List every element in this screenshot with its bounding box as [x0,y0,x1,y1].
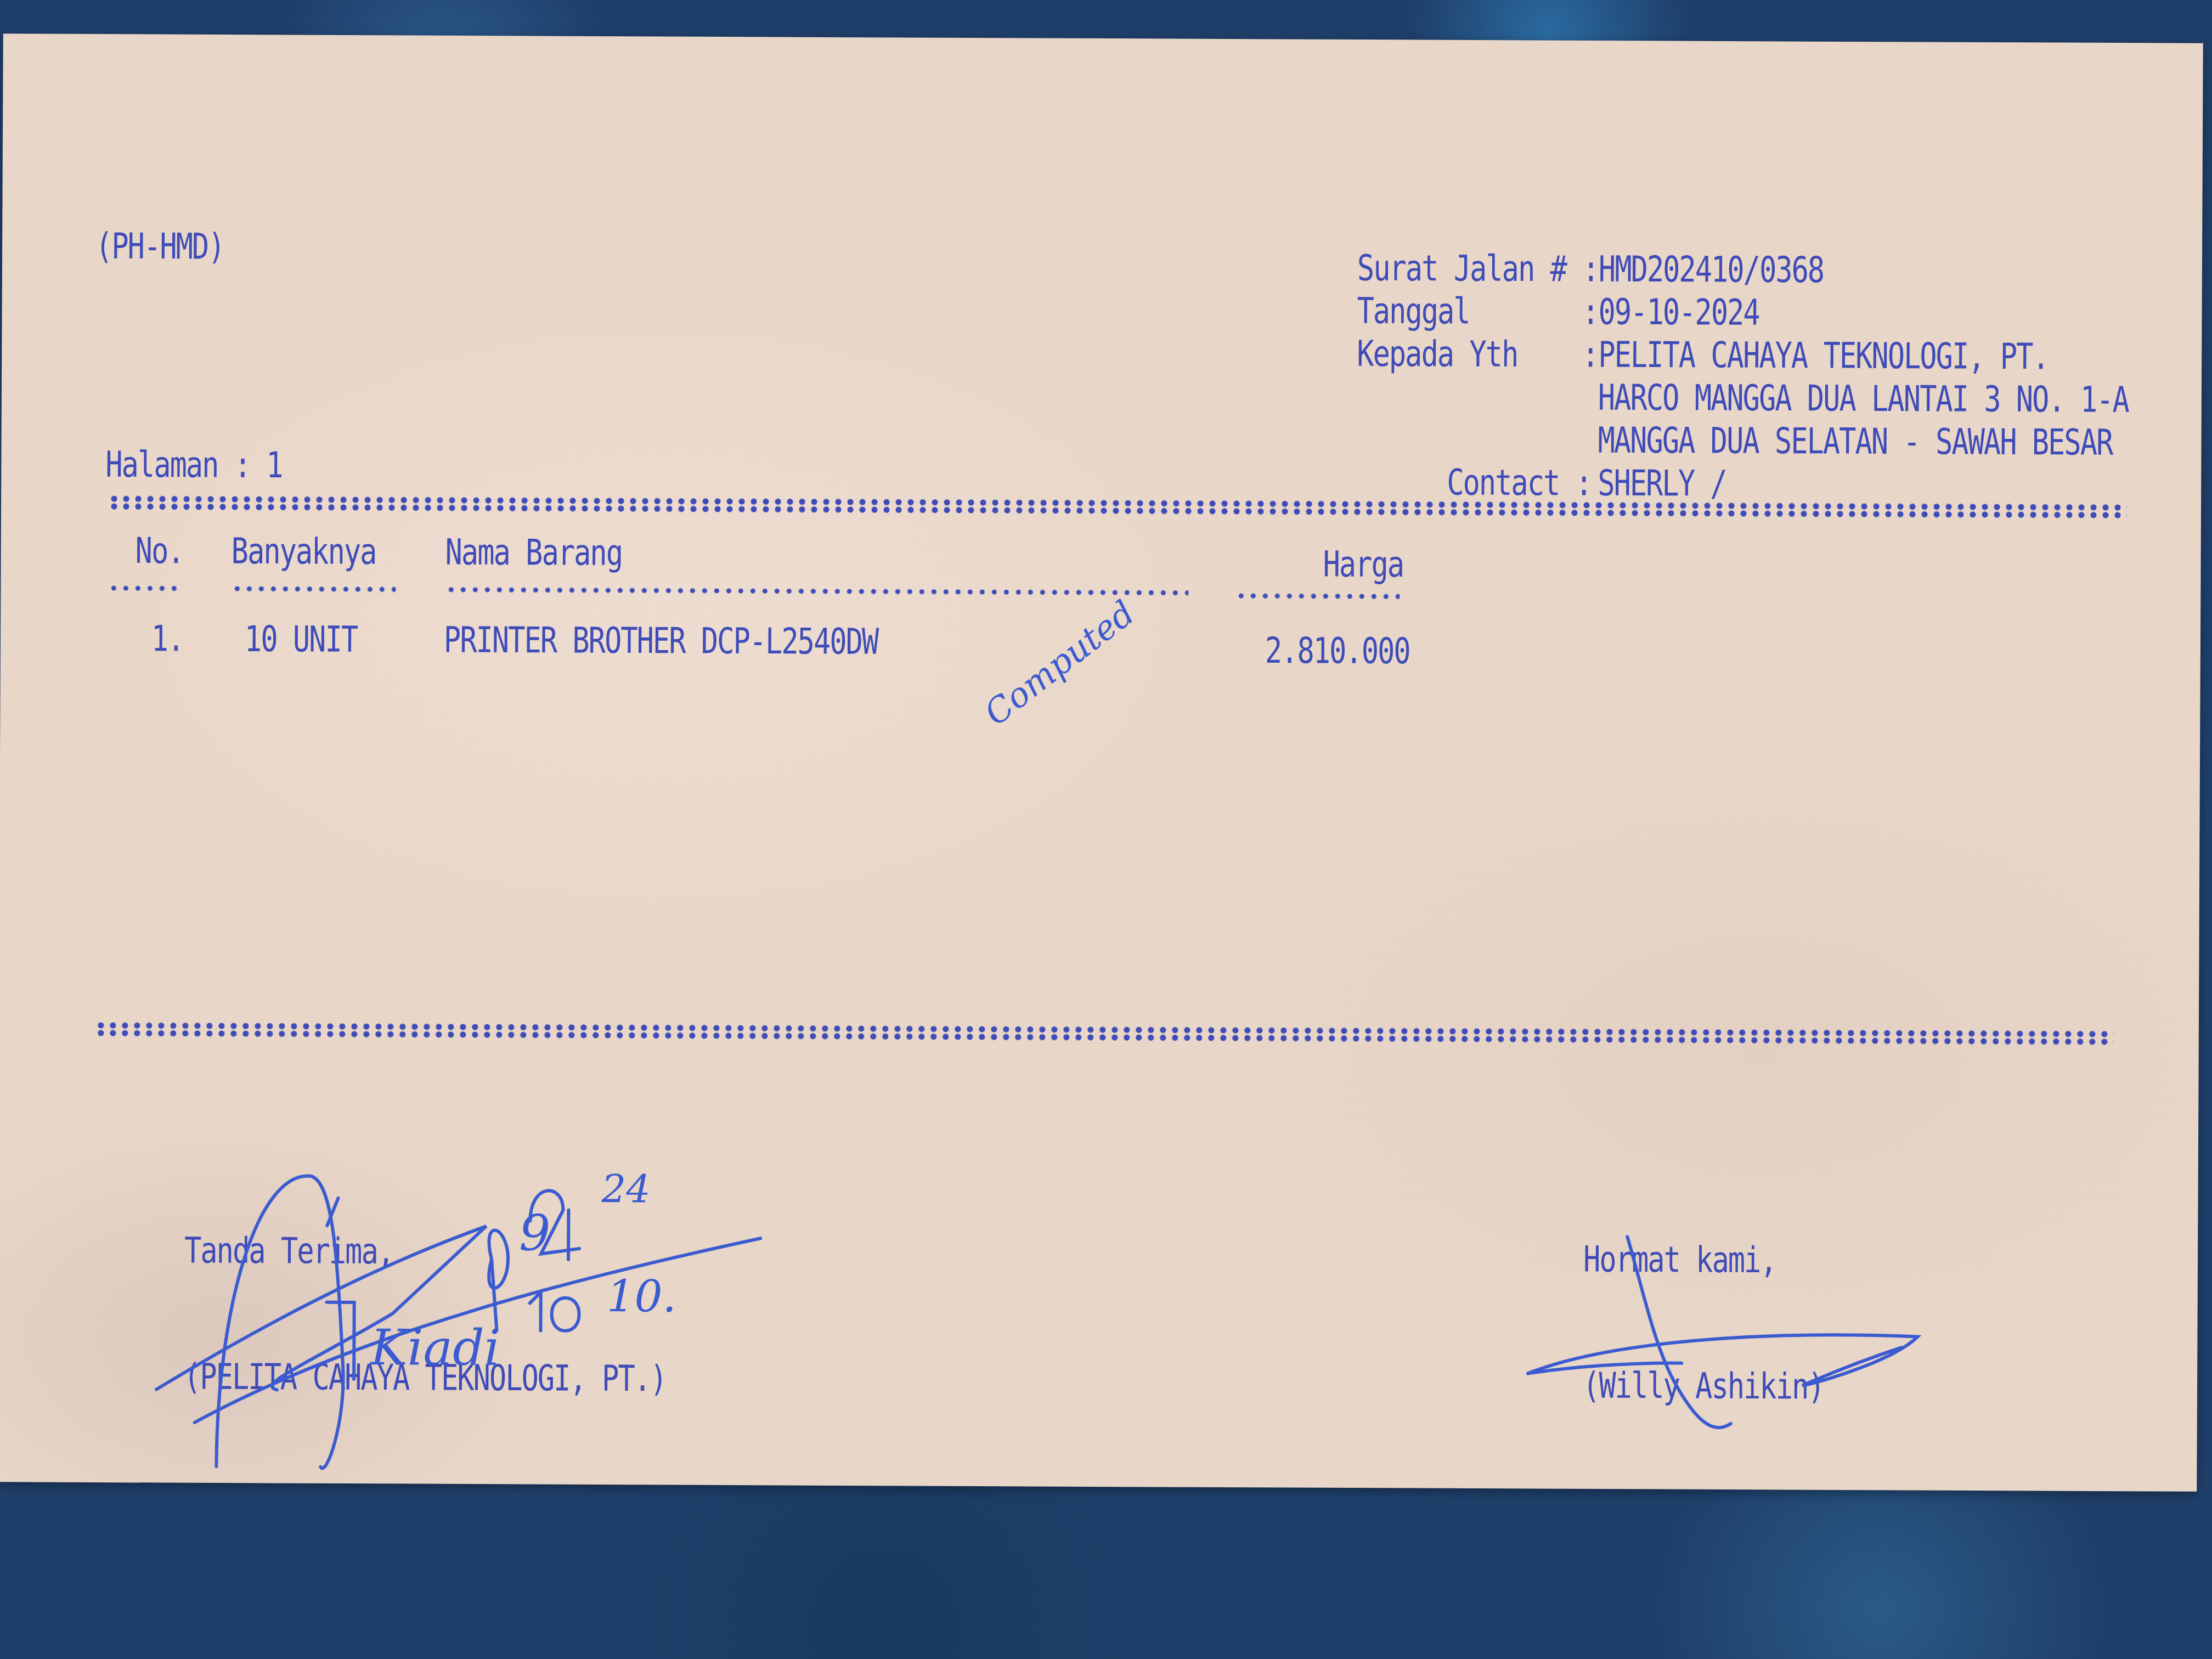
kepada-label: Kepada Yth : [1357,334,1598,376]
branch-code: (PH-HMD) [95,226,224,268]
surat-jalan-number: HMD202410/0368 [1599,249,1824,291]
recipient-address-1: HARCO MANGGA DUA LANTAI 3 NO. 1-A [1598,377,2129,421]
column-header-nama-barang: Nama Barang [445,532,622,574]
sender-signature-icon [1500,1225,1940,1446]
underline-no [108,585,182,591]
double-dashed-separator-top [108,495,2127,519]
handwritten-date-month: 10. [607,1271,677,1322]
page-number: Halaman : 1 [105,444,283,486]
row-price: 2.810.000 [1265,630,1410,672]
column-header-banyaknya: Banyaknya [231,531,376,573]
recipient-address-2: MANGGA DUA SELATAN - SAWAH BESAR [1598,420,2112,464]
delivery-note-paper: (PH-HMD) Surat Jalan # : HMD202410/0368 … [0,33,2203,1491]
handwritten-date-day: 9 [519,1204,551,1262]
tanggal-value: 09-10-2024 [1598,292,1759,334]
handwritten-note: Computed [977,592,1142,733]
double-dashed-separator-bottom [95,1022,2114,1046]
column-header-harga: Harga [1323,544,1403,586]
contact-value: SHERLY / [1598,463,1726,505]
column-header-no: No. [136,531,184,572]
receiver-handwritten-name: Kiadi [370,1319,500,1377]
surat-jalan-label: Surat Jalan # : [1357,248,1599,290]
row-no: 1. [151,618,184,659]
underline-harga [1235,593,1400,599]
recipient-name: PELITA CAHAYA TEKNOLOGI, PT. [1598,335,2049,378]
underline-nama-barang [445,587,1188,596]
row-qty: 10 UNIT [245,619,357,661]
contact-label: Contact : [1447,462,1592,504]
table-row: 1. 10 UNIT PRINTER BROTHER DCP-L2540DW 2… [3,33,2203,43]
underline-banyaknya [231,586,396,592]
handwritten-date-year: 24 [601,1166,650,1211]
tanggal-label: Tanggal : [1357,291,1598,333]
row-item: PRINTER BROTHER DCP-L2540DW [444,620,878,663]
